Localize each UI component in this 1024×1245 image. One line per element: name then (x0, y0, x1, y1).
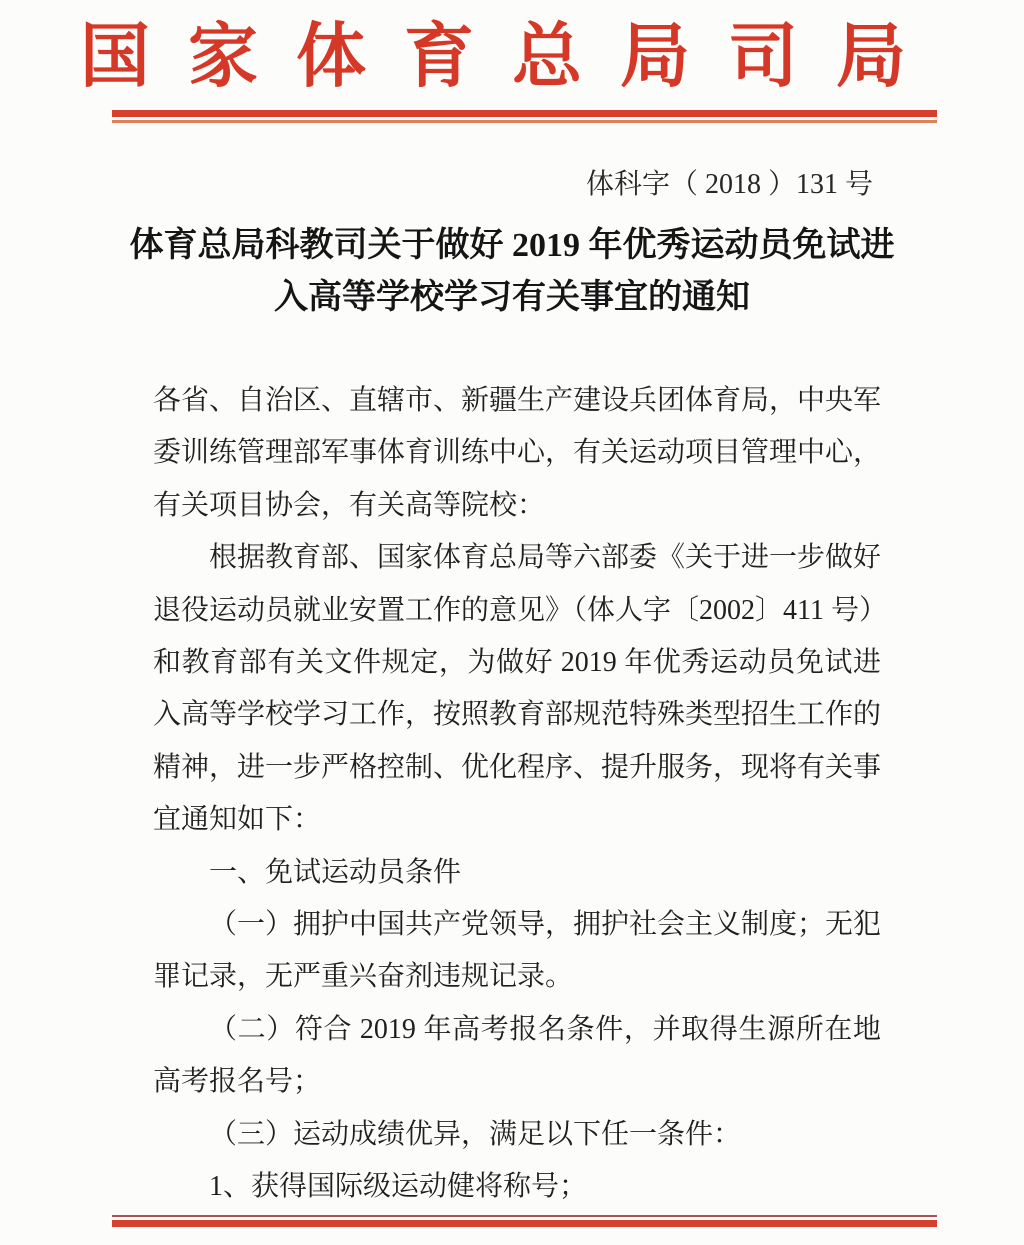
body-line: 根据教育部、国家体育总局等六部委《关于进一步做好 (153, 532, 881, 584)
body-line: 入高等学校学习工作，按照教育部规范特殊类型招生工作的 (153, 689, 881, 741)
body-line: （三）运动成绩优异，满足以下任一条件： (153, 1109, 881, 1161)
body-line: 高考报名号； (153, 1056, 881, 1108)
body-line: 罪记录，无严重兴奋剂违规记录。 (153, 951, 881, 1003)
title-line-2: 入高等学校学习有关事宜的通知 (0, 272, 1024, 324)
document-page: 国家体育总局司局 体科字（ 2018 ）131 号 体育总局科教司关于做好 20… (0, 0, 1024, 1245)
body-line: 和教育部有关文件规定，为做好 2019 年优秀运动员免试进 (153, 637, 881, 689)
body-line: 精神，进一步严格控制、优化程序、提升服务，现将有关事 (153, 742, 881, 794)
body-line: 退役运动员就业安置工作的意见》（体人字〔2002〕411 号） (153, 585, 881, 637)
body-line: 有关项目协会，有关高等院校： (153, 480, 881, 532)
body-line: 宜通知如下： (153, 794, 881, 846)
document-body: 各省、自治区、直辖市、新疆生产建设兵团体育局，中央军 委训练管理部军事体育训练中… (153, 375, 881, 1214)
document-number: 体科字（ 2018 ）131 号 (586, 167, 873, 203)
document-title: 体育总局科教司关于做好 2019 年优秀运动员免试进 入高等学校学习有关事宜的通… (0, 220, 1024, 324)
body-line-section-heading: 一、免试运动员条件 (153, 847, 881, 899)
letterhead-org-name: 国家体育总局司局 (0, 22, 1024, 94)
letterhead-separator (112, 110, 937, 123)
body-line: （二）符合 2019 年高考报名条件，并取得生源所在地 (153, 1004, 881, 1056)
separator-thick-bar (112, 1220, 937, 1227)
body-line: 委训练管理部军事体育训练中心，有关运动项目管理中心， (153, 427, 881, 479)
separator-thick-bar (112, 110, 937, 117)
body-line: 各省、自治区、直辖市、新疆生产建设兵团体育局，中央军 (153, 375, 881, 427)
separator-thin-bar (112, 120, 937, 123)
footer-separator (112, 1215, 937, 1227)
body-line: （一）拥护中国共产党领导，拥护社会主义制度；无犯 (153, 899, 881, 951)
body-line: 1、获得国际级运动健将称号； (153, 1161, 881, 1213)
title-line-1: 体育总局科教司关于做好 2019 年优秀运动员免试进 (0, 220, 1024, 272)
